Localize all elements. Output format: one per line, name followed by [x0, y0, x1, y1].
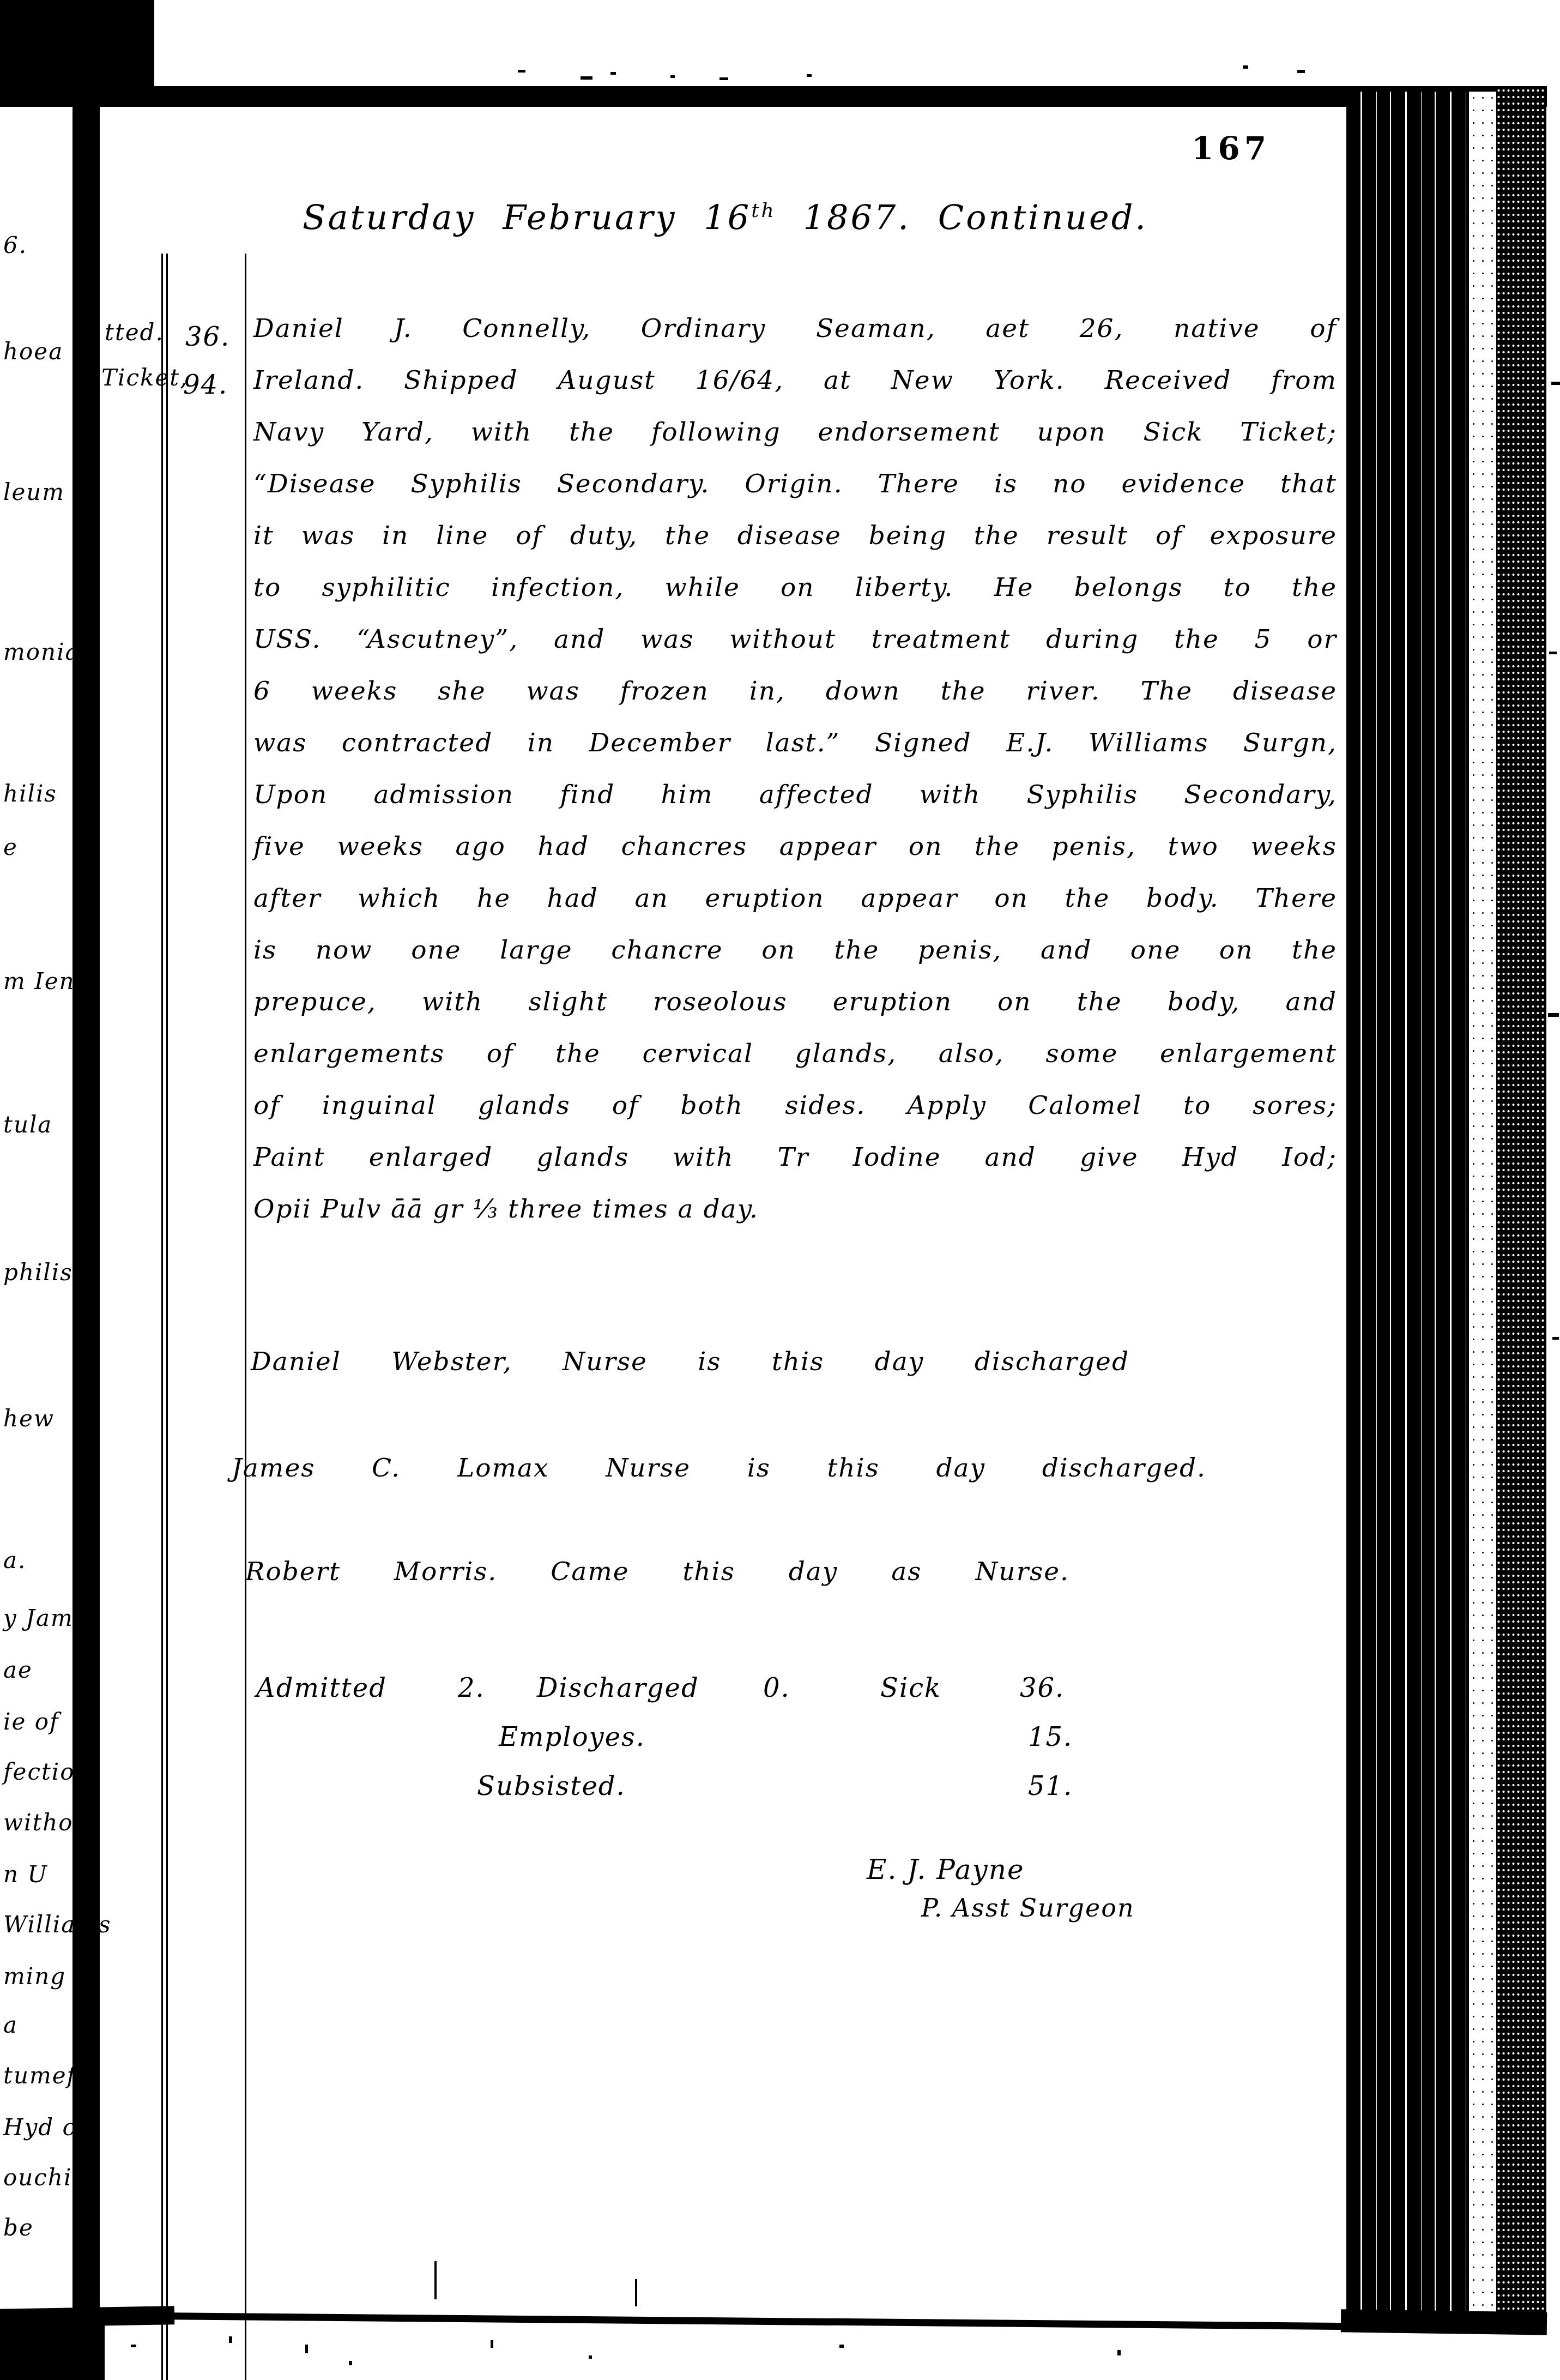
facing-page-fragment: a. [3, 1547, 26, 1574]
page-number: 167 [1192, 130, 1271, 167]
summary-admitted-value: 2. [458, 1673, 485, 1703]
scan-noise-speck [610, 72, 616, 75]
summary-employes-label: Employes. [499, 1722, 645, 1752]
page-top-edge-shadow [0, 86, 1547, 107]
date-header-tail: 1867. Continued. [776, 197, 1148, 237]
facing-page-fragment: 6. [3, 232, 27, 258]
date-ordinal-suffix: th [751, 200, 776, 222]
facing-page-fragment: philis [3, 1259, 73, 1286]
facing-page-fragment: hoea [3, 338, 63, 365]
facing-page-fragment: be [3, 2214, 34, 2241]
facing-page-fragment: tula [3, 1111, 52, 1138]
case-number: 94. [183, 370, 228, 400]
entry-line: USS. “Ascutney”, and was without treatme… [253, 624, 1337, 654]
page-edge-stack [1346, 92, 1469, 2319]
facing-page-fragment: ming [3, 1963, 66, 1990]
margin-rule-double-right [166, 254, 168, 2380]
journal-page: 6. hoea leum monia hilis e m Ien tula ph… [0, 0, 1560, 2380]
summary-subsisted-value: 51. [1028, 1771, 1073, 1801]
scan-noise-speck [491, 2340, 493, 2348]
entry-line: Paint enlarged glands with Tr Iodine and… [253, 1142, 1337, 1172]
page-edge-stack-gap [1469, 92, 1496, 2322]
scan-noise-speck [1297, 70, 1305, 73]
date-header: Saturday February 16th 1867. Continued. [303, 197, 1148, 237]
scan-noise-speck [1552, 1337, 1559, 1340]
scan-noise-speck [349, 2361, 352, 2365]
facing-page-fragment: ie of [3, 1708, 59, 1735]
binding-gutter-blob [0, 2318, 105, 2380]
scan-noise-speck [229, 2336, 232, 2343]
entry-line: prepuce, with slight roseolous eruption … [253, 987, 1337, 1017]
entry-line: Ireland. Shipped August 16/64, at New Yo… [253, 365, 1337, 395]
facing-page-fragment: ouchi [3, 2164, 72, 2191]
nurse-note: Daniel Webster, Nurse is this day discha… [251, 1347, 1129, 1377]
summary-employes-value: 15. [1028, 1722, 1073, 1752]
scan-noise-speck [807, 74, 812, 77]
entry-line: Upon admission find him affected with Sy… [253, 780, 1337, 810]
date-header-text: Saturday February 16 [303, 197, 751, 237]
page-edge-stack-foot [1341, 2309, 1547, 2335]
entry-line: “Disease Syphilis Secondary. Origin. The… [253, 469, 1337, 499]
scan-noise-speck [1117, 2350, 1121, 2355]
scan-noise-speck [518, 70, 525, 73]
case-number: 36. [185, 322, 230, 352]
entry-line: was contracted in December last.” Signed… [253, 728, 1337, 758]
facing-page-fragment: monia [3, 638, 80, 665]
summary-discharged-value: 0. [763, 1673, 790, 1703]
entry-line: is now one large chancre on the penis, a… [253, 935, 1337, 965]
entry-line: five weeks ago had chancres appear on th… [253, 832, 1337, 861]
page-bottom-edge [90, 2312, 1355, 2330]
binding-gutter-shadow [72, 104, 100, 2310]
facing-page-fragment: m Ien [3, 968, 75, 995]
scan-noise-speck [1551, 382, 1560, 385]
facing-page-fragment: y Jam [3, 1605, 74, 1631]
scan-noise-speck [131, 2345, 136, 2347]
facing-page-fragment: n U [3, 1861, 48, 1888]
entry-line: enlargements of the cervical glands, als… [253, 1039, 1337, 1069]
entry-line: it was in line of duty, the disease bein… [253, 521, 1337, 551]
scan-noise-speck [581, 76, 592, 80]
scan-noise-speck [589, 2355, 592, 2359]
scan-noise-speck [635, 2279, 637, 2306]
nurse-note: James C. Lomax Nurse is this day dischar… [232, 1453, 1206, 1483]
scan-noise-speck [1548, 1013, 1559, 1017]
entry-line: Navy Yard, with the following endorsemen… [253, 417, 1337, 447]
entry-line: to syphilitic infection, while on libert… [253, 573, 1337, 602]
scan-noise-speck [305, 2345, 308, 2353]
page-edge-stack-outer [1496, 87, 1546, 2325]
summary-sick-label: Sick [880, 1673, 941, 1703]
facing-page-fragment: hew [3, 1405, 55, 1432]
nurse-note: Robert Morris. Came this day as Nurse. [245, 1557, 1069, 1587]
margin-note: Ticket, [101, 364, 189, 391]
entry-line: Daniel J. Connelly, Ordinary Seaman, aet… [253, 314, 1337, 344]
scan-noise-speck [670, 75, 675, 78]
facing-page-fragment: ae [3, 1656, 33, 1683]
facing-page-fragment: e [3, 834, 18, 860]
summary-subsisted-label: Subsisted. [477, 1771, 626, 1801]
entry-line: 6 weeks she was frozen in, down the rive… [253, 676, 1337, 706]
scan-noise-speck [839, 2345, 844, 2348]
scan-noise-speck [1549, 652, 1557, 654]
scan-noise-speck [719, 77, 728, 80]
entry-line: of inguinal glands of both sides. Apply … [253, 1090, 1337, 1120]
signature-name: E. J. Payne [867, 1854, 1024, 1885]
scan-noise-speck [434, 2261, 437, 2299]
facing-page-fragment: a [3, 2011, 18, 2038]
margin-rule-double-left [161, 254, 163, 2380]
margin-note: tted. [105, 319, 164, 346]
facing-page-fragment: hilis [3, 780, 57, 807]
signature-title: P. Asst Surgeon [921, 1893, 1135, 1923]
facing-page-fragment: leum [3, 479, 65, 505]
summary-sick-value: 36. [1020, 1673, 1065, 1703]
summary-admitted-label: Admitted [256, 1673, 387, 1703]
entry-line: after which he had an eruption appear on… [253, 883, 1337, 913]
scan-noise-speck [1243, 65, 1248, 69]
scan-corner-shadow [0, 0, 154, 87]
summary-discharged-label: Discharged [537, 1673, 699, 1703]
entry-line: Opii Pulv āā gr ⅓ three times a day. [253, 1194, 759, 1224]
margin-rule-inner [245, 254, 246, 2380]
